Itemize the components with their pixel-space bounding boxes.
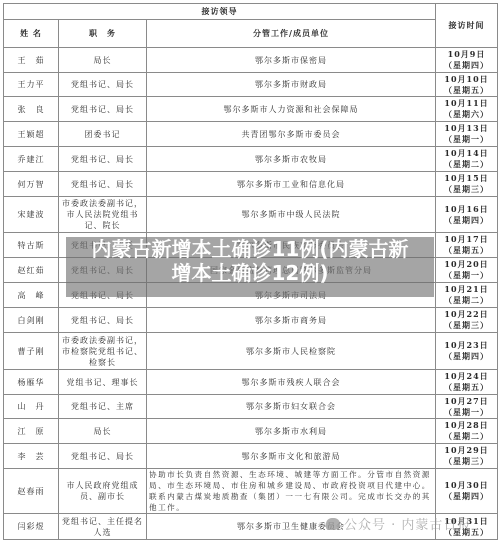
date-text: 10月21日 <box>438 284 495 295</box>
date-text: 10月14日 <box>438 148 495 159</box>
weekday-text: （星期一） <box>438 134 495 145</box>
table-row: 杨雁华 党组书记、理事长 鄂尔多斯市残疾人联合会 10月24日（星期五） <box>4 370 498 395</box>
cell-name: 白剑刚 <box>4 308 59 333</box>
watermark-text: 公众号 · 内蒙古日报 <box>344 518 471 533</box>
cell-name: 高 峰 <box>4 283 59 308</box>
cell-unit: 鄂尔多斯市商务局 <box>147 308 436 333</box>
cell-name: 特古斯 <box>4 233 59 258</box>
source-watermark: 公众号 · 内蒙古日报 <box>326 514 471 533</box>
cell-post: 党组书记、理事长 <box>59 370 147 395</box>
cell-date: 10月30日（星期四） <box>436 469 498 514</box>
table-row: 王力平 党组书记、局长 鄂尔多斯市财政局 10月10日（星期五） <box>4 73 498 97</box>
cell-unit: 鄂尔多斯市财政局 <box>147 73 436 97</box>
weekday-text: （星期四） <box>438 351 495 362</box>
cell-date: 10月10日（星期五） <box>436 73 498 97</box>
cell-date: 10月14日（星期二） <box>436 147 498 172</box>
cell-post: 党组书记、主席 <box>59 395 147 419</box>
cell-date: 10月23日（星期四） <box>436 333 498 370</box>
cell-name: 李 芸 <box>4 444 59 469</box>
table-row: 何万智 党组书记、局长 鄂尔多斯市工业和信息化局 10月15日（星期三） <box>4 172 498 197</box>
cell-unit: 鄂尔多斯市妇女联合会 <box>147 395 436 419</box>
cell-unit: 鄂尔多斯市文化和旅游局 <box>147 444 436 469</box>
weekday-text: （星期一） <box>438 270 495 281</box>
weekday-text: （星期四） <box>438 491 495 502</box>
cell-date: 10月13日（星期一） <box>436 122 498 147</box>
weekday-text: （星期三） <box>438 456 495 467</box>
date-text: 10月29日 <box>438 445 495 456</box>
table-row: 张 良 党组书记、局长 鄂尔多斯市人力资源和社会保障局 10月11日（星期六） <box>4 97 498 122</box>
cell-name: 闫彩煜 <box>4 514 59 540</box>
weekday-text: （星期三） <box>438 320 495 331</box>
cell-date: 10月28日（星期二） <box>436 419 498 444</box>
cell-post: 团委书记 <box>59 122 147 147</box>
cell-unit: 鄂尔多斯市农牧局 <box>147 147 436 172</box>
table-row: 宋建波 市委政法委副书记，市人民法院党组书记、院长 鄂尔多斯市中级人民法院 10… <box>4 197 498 233</box>
cell-date: 10月15日（星期三） <box>436 172 498 197</box>
weekday-text: （星期四） <box>438 60 495 71</box>
header-post: 职 务 <box>59 20 147 48</box>
cell-name: 王颖超 <box>4 122 59 147</box>
cell-unit: 鄂尔多斯市中级人民法院 <box>147 197 436 233</box>
headline-overlay-text: 内蒙古新增本土确诊11例(内蒙古新 增本土确诊12例) <box>66 237 434 285</box>
cell-post: 党组书记、局长 <box>59 172 147 197</box>
cell-unit: 鄂尔多斯市残疾人联合会 <box>147 370 436 395</box>
group-header-row: 接访领导 接访时间 <box>4 4 498 20</box>
cell-name: 宋建波 <box>4 197 59 233</box>
cell-post: 党组书记、局长 <box>59 73 147 97</box>
date-text: 10月23日 <box>438 340 495 351</box>
table-row: 王颖超 团委书记 共青团鄂尔多斯市委员会 10月13日（星期一） <box>4 122 498 147</box>
cell-unit: 鄂尔多斯市保密局 <box>147 48 436 73</box>
table-row: 曹子刚 市委政法委副书记，市检察院党组书记、检察长 鄂尔多斯市人民检察院 10月… <box>4 333 498 370</box>
weekday-text: （星期三） <box>438 184 495 195</box>
cell-post: 市委政法委副书记，市人民法院党组书记、院长 <box>59 197 147 233</box>
cell-unit: 协助市长负责自然资源、生态环境、城建等方面工作。分管市自然资源局、市生态环境局、… <box>147 469 436 514</box>
cell-date: 10月21日（星期二） <box>436 283 498 308</box>
cell-name: 王 茹 <box>4 48 59 73</box>
cell-name: 张 良 <box>4 97 59 122</box>
date-text: 10月10日 <box>438 74 495 85</box>
cell-name: 曹子刚 <box>4 333 59 370</box>
table-row: 李 芸 党组书记、局长 鄂尔多斯市文化和旅游局 10月29日（星期三） <box>4 444 498 469</box>
cell-date: 10月24日（星期五） <box>436 370 498 395</box>
cell-post: 党组书记、局长 <box>59 147 147 172</box>
date-text: 10月27日 <box>438 396 495 407</box>
table-row: 江 原 局长 鄂尔多斯市水利局 10月28日（星期二） <box>4 419 498 444</box>
date-text: 10月15日 <box>438 173 495 184</box>
cell-post: 党组书记、局长 <box>59 444 147 469</box>
weekday-text: （星期二） <box>438 159 495 170</box>
date-text: 10月16日 <box>438 204 495 215</box>
cell-name: 何万智 <box>4 172 59 197</box>
cell-name: 王力平 <box>4 73 59 97</box>
date-text: 10月22日 <box>438 309 495 320</box>
cell-unit: 鄂尔多斯市人力资源和社会保障局 <box>147 97 436 122</box>
cell-date: 10月17日（星期五） <box>436 233 498 258</box>
cell-post: 党组书记、主任提名人选 <box>59 514 147 540</box>
header-unit: 分管工作/成员单位 <box>147 20 436 48</box>
weekday-text: （星期五） <box>438 382 495 393</box>
cell-name: 山 丹 <box>4 395 59 419</box>
cell-date: 10月20日（星期一） <box>436 258 498 283</box>
weekday-text: （星期一） <box>438 407 495 418</box>
table-row: 白剑刚 党组书记、局长 鄂尔多斯市商务局 10月22日（星期三） <box>4 308 498 333</box>
date-text: 10月17日 <box>438 234 495 245</box>
table-row: 乔建江 党组书记、局长 鄂尔多斯市农牧局 10月14日（星期二） <box>4 147 498 172</box>
weekday-text: （星期五） <box>438 85 495 96</box>
cell-unit: 共青团鄂尔多斯市委员会 <box>147 122 436 147</box>
weekday-text: （星期二） <box>438 295 495 306</box>
cell-post: 局长 <box>59 48 147 73</box>
cell-name: 江 原 <box>4 419 59 444</box>
wechat-icon <box>326 518 340 530</box>
date-text: 10月28日 <box>438 420 495 431</box>
date-text: 10月24日 <box>438 371 495 382</box>
header-date: 接访时间 <box>436 4 498 48</box>
cell-unit: 鄂尔多斯市工业和信息化局 <box>147 172 436 197</box>
date-text: 10月11日 <box>438 98 495 109</box>
date-text: 10月13日 <box>438 123 495 134</box>
weekday-text: （星期五） <box>438 245 495 256</box>
headline-line-2: 增本土确诊12例) <box>66 261 434 285</box>
column-header-row: 姓 名 职 务 分管工作/成员单位 <box>4 20 498 48</box>
cell-name: 赵春雨 <box>4 469 59 514</box>
date-text: 10月20日 <box>438 259 495 270</box>
headline-line-1: 内蒙古新增本土确诊11例(内蒙古新 <box>66 237 434 261</box>
cell-name: 乔建江 <box>4 147 59 172</box>
cell-post: 党组书记、局长 <box>59 308 147 333</box>
cell-unit: 鄂尔多斯市人民检察院 <box>147 333 436 370</box>
cell-date: 10月11日（星期六） <box>436 97 498 122</box>
cell-date: 10月9日（星期四） <box>436 48 498 73</box>
date-text: 10月30日 <box>438 480 495 491</box>
cell-date: 10月29日（星期三） <box>436 444 498 469</box>
cell-date: 10月16日（星期四） <box>436 197 498 233</box>
weekday-text: （星期四） <box>438 215 495 226</box>
cell-post: 局长 <box>59 419 147 444</box>
cell-post: 市人民政府党组成员、副市长 <box>59 469 147 514</box>
date-text: 10月9日 <box>438 49 495 60</box>
cell-name: 杨雁华 <box>4 370 59 395</box>
table-row: 王 茹 局长 鄂尔多斯市保密局 10月9日（星期四） <box>4 48 498 73</box>
cell-name: 赵红茹 <box>4 258 59 283</box>
header-name: 姓 名 <box>4 20 59 48</box>
table-row: 赵春雨 市人民政府党组成员、副市长 协助市长负责自然资源、生态环境、城建等方面工… <box>4 469 498 514</box>
weekday-text: （星期二） <box>438 431 495 442</box>
cell-post: 党组书记、局长 <box>59 97 147 122</box>
cell-post: 市委政法委副书记，市检察院党组书记、检察长 <box>59 333 147 370</box>
cell-date: 10月27日（星期一） <box>436 395 498 419</box>
cell-date: 10月22日（星期三） <box>436 308 498 333</box>
cell-unit: 鄂尔多斯市水利局 <box>147 419 436 444</box>
table-row: 山 丹 党组书记、主席 鄂尔多斯市妇女联合会 10月27日（星期一） <box>4 395 498 419</box>
weekday-text: （星期六） <box>438 109 495 120</box>
group-header-cell: 接访领导 <box>4 4 436 20</box>
